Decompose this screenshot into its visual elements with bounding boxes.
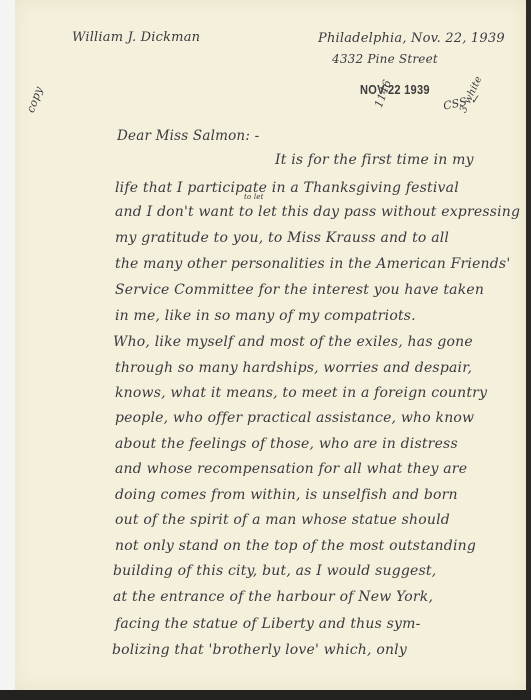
body-line: Who, like myself and most of the exiles,… [113, 334, 473, 350]
received-date-stamp: NOV 22 1939 [360, 82, 430, 97]
body-line: in me, like in so many of my compatriots… [115, 308, 416, 324]
sender-address: 4332 Pine Street [332, 52, 438, 66]
body-line: out of the spirit of a man whose statue … [115, 512, 450, 528]
body-line: doing comes from within, is unselfish an… [115, 487, 458, 503]
salutation: Dear Miss Salmon: - [117, 128, 259, 144]
body-line: bolizing that 'brotherly love' which, on… [112, 642, 407, 658]
body-line: people, who offer practical assistance, … [115, 410, 474, 426]
page-edge-bottom [0, 690, 531, 700]
body-line: life that I participate in a Thanksgivin… [115, 180, 459, 196]
body-line: It is for the first time in my [275, 152, 474, 168]
body-line: through so many hardships, worries and d… [115, 360, 472, 376]
sender-name: William J. Dickman [72, 30, 200, 45]
body-line: Service Committee for the interest you h… [115, 282, 484, 298]
body-line: my gratitude to you, to Miss Krauss and … [115, 230, 449, 246]
body-line: and whose recompensation for all what th… [115, 461, 467, 477]
scan-margin [0, 0, 15, 700]
page-edge-right [526, 0, 531, 700]
body-line: facing the statue of Liberty and thus sy… [115, 616, 421, 632]
body-line: not only stand on the top of the most ou… [115, 538, 476, 554]
body-line: the many other personalities in the Amer… [115, 256, 510, 272]
body-line: at the entrance of the harbour of New Yo… [113, 589, 433, 605]
interlinear-insertion: to let [244, 193, 264, 201]
body-line: and I don't want to let this day pass wi… [115, 204, 520, 220]
body-line: about the feelings of those, who are in … [115, 436, 458, 452]
place-date: Philadelphia, Nov. 22, 1939 [318, 31, 505, 46]
body-line: knows, what it means, to meet in a forei… [115, 385, 487, 401]
body-line: building of this city, but, as I would s… [113, 563, 436, 579]
